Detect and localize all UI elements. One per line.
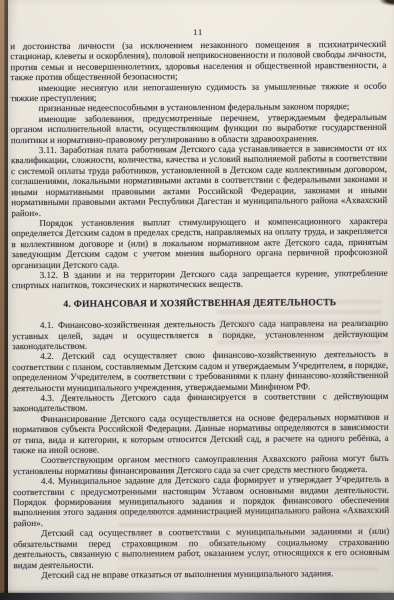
book-binding-edge	[0, 0, 8, 600]
paragraph: и достоинства личности (за исключением н…	[10, 39, 386, 83]
paragraph: имеющие неснятую или непогашенную судимо…	[11, 80, 387, 103]
section-heading: 4. ФИНАНСОВАЯ И ХОЗЯЙСТВЕННАЯ ДЕЯТЕЛЬНОС…	[12, 298, 388, 311]
paragraph: Детский сад осуществляет в соответствии …	[13, 526, 389, 570]
photographed-document-page: 11 и достоинства личности (за исключение…	[0, 0, 394, 600]
page-content: 11 и достоинства личности (за исключение…	[10, 0, 390, 580]
paragraph: 3.12. В здании и на территории Детского …	[12, 268, 388, 291]
paragraph: 4.2. Детский сад осуществляет свою финан…	[12, 349, 388, 393]
page-number: 11	[10, 0, 386, 38]
page-bottom-edge	[0, 593, 394, 600]
paragraph: Порядок установления выплат стимулирующе…	[11, 216, 387, 270]
paragraph: Финансирование Детского сада осуществляе…	[13, 412, 389, 456]
page-body: и достоинства личности (за исключением н…	[10, 39, 389, 581]
paragraph: имеющие заболевания, предусмотренные пер…	[11, 112, 387, 146]
photo-corner-artifact	[379, 0, 394, 6]
document-page: 11 и достоинства личности (за исключение…	[0, 0, 394, 600]
paragraph: 3.11. Заработная плата работникам Детско…	[11, 143, 387, 218]
paragraph: 4.4. Муниципальное задание для Детского …	[13, 474, 389, 528]
paragraph: Детский сад не вправе отказаться от выпо…	[13, 568, 389, 581]
paragraph: 4.1. Финансово-хозяйственная деятельност…	[12, 318, 388, 352]
paragraph: 4.3. Деятельность Детского сада финансир…	[12, 391, 388, 414]
paragraph: Соответствующим органом местного самоупр…	[13, 453, 389, 476]
